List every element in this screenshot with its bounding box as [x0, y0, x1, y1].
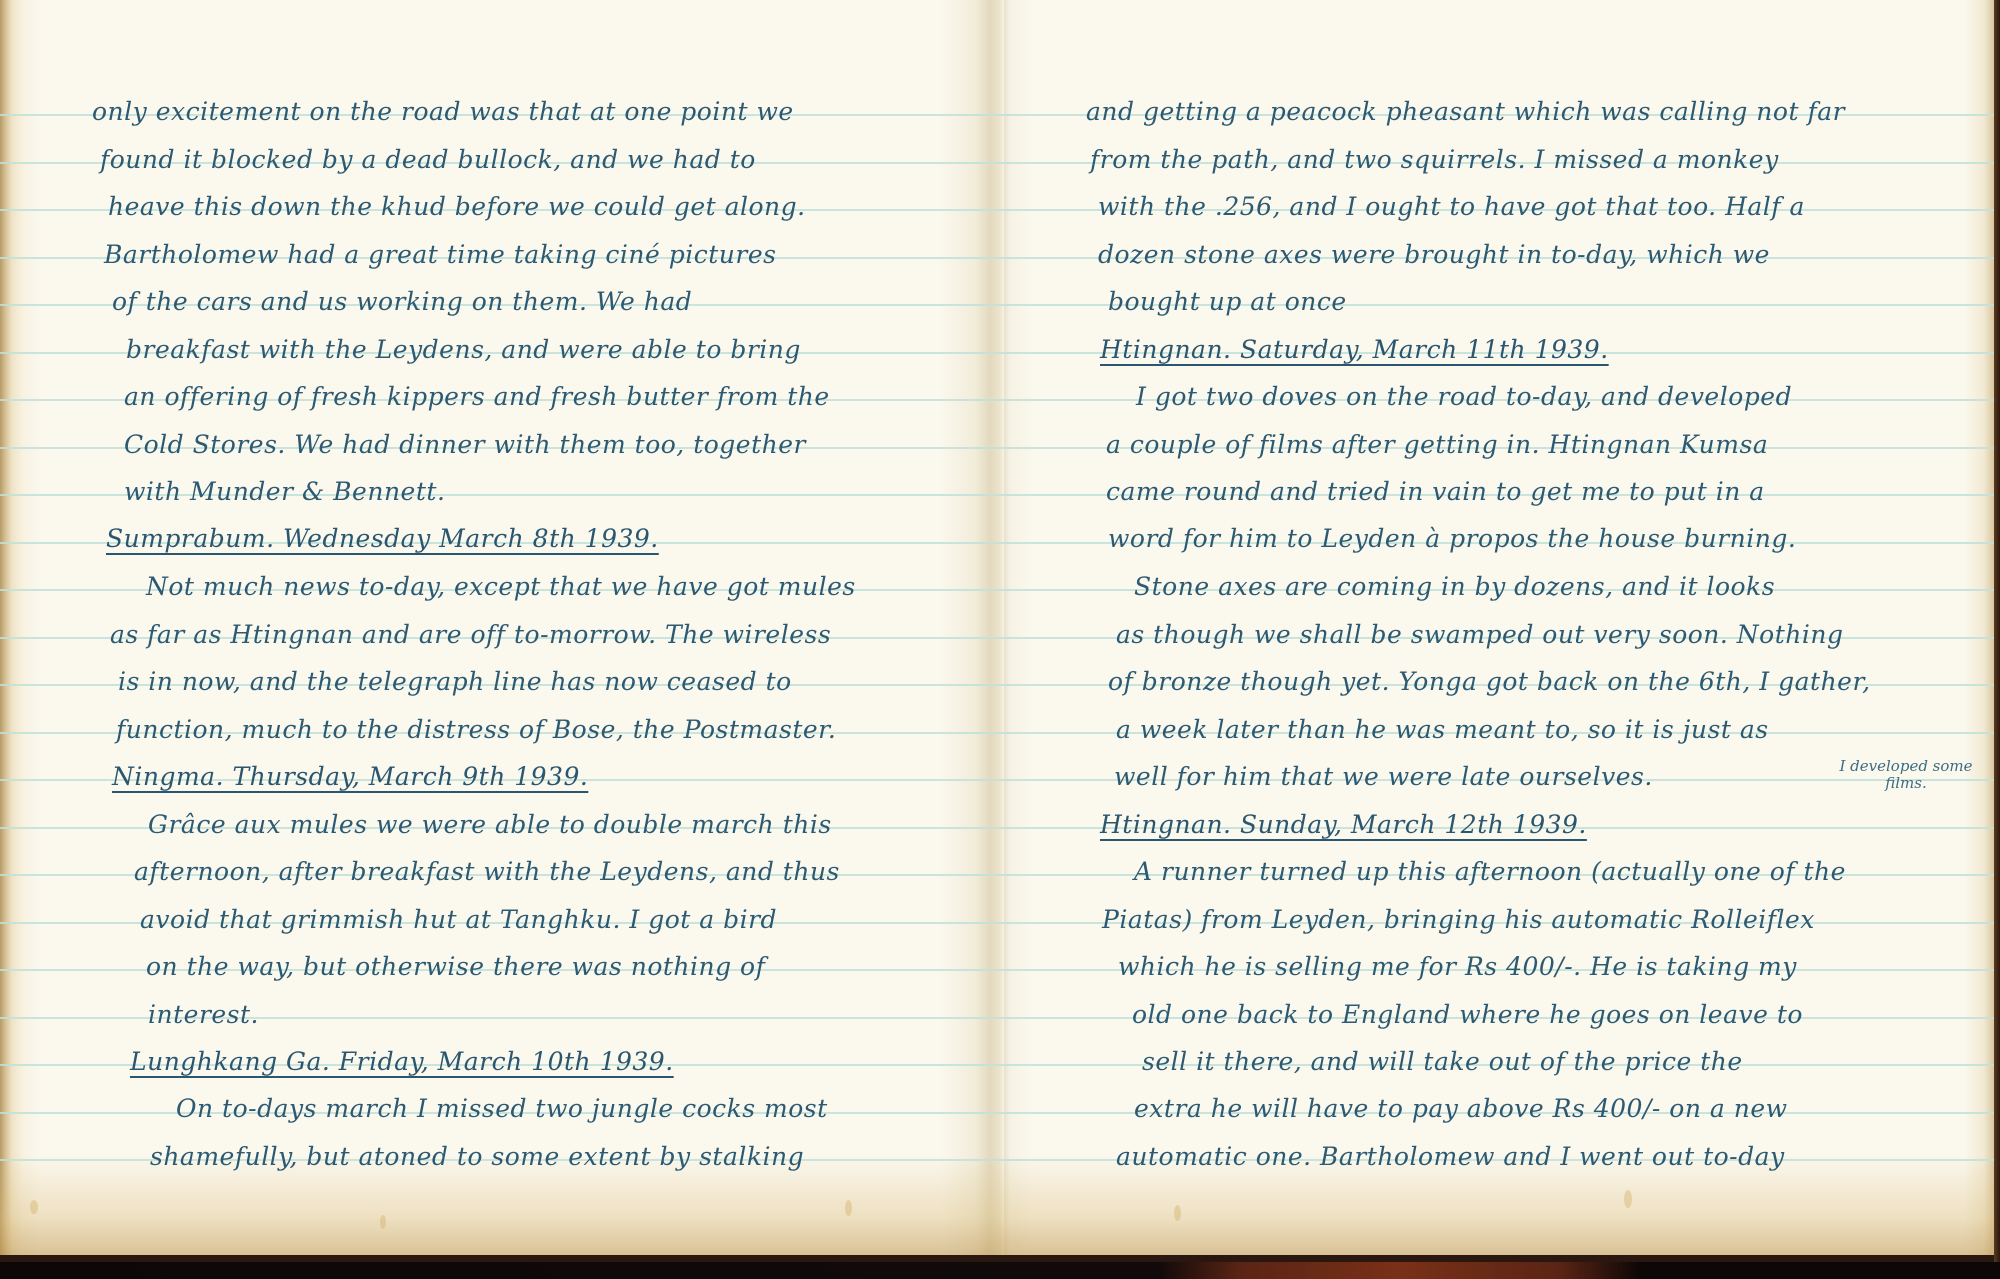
text-line: On to-days march I missed two jungle coc…	[176, 1094, 828, 1124]
entry-heading-march-8: Sumprabum. Wednesday March 8th 1939.	[106, 524, 659, 554]
book-cover-edge	[1994, 0, 2000, 1262]
text-line: and getting a peacock pheasant which was…	[1086, 97, 1845, 127]
text-line: Cold Stores. We had dinner with them too…	[124, 430, 806, 460]
text-line: is in now, and the telegraph line has no…	[118, 667, 792, 697]
text-line: interest.	[148, 1000, 259, 1030]
text-line: I got two doves on the road to-day, and …	[1136, 382, 1792, 412]
text-line: from the path, and two squirrels. I miss…	[1090, 145, 1779, 175]
text-line: A runner turned up this afternoon (actua…	[1134, 857, 1846, 887]
text-line: word for him to Leyden à propos the hous…	[1108, 524, 1796, 554]
text-line: shamefully, but atoned to some extent by…	[150, 1142, 804, 1172]
text-line: automatic one. Bartholomew and I went ou…	[1116, 1142, 1785, 1172]
text-line: with Munder & Bennett.	[124, 477, 445, 507]
entry-heading-march-12: Htingnan. Sunday, March 12th 1939.	[1100, 810, 1587, 840]
marginal-note: I developed some films.	[1816, 758, 1994, 792]
text-line: as though we shall be swamped out very s…	[1116, 620, 1843, 650]
text-line: Not much news to-day, except that we hav…	[146, 572, 856, 602]
text-line: as far as Htingnan and are off to-morrow…	[110, 620, 831, 650]
notebook: only excitement on the road was that at …	[0, 0, 2000, 1262]
text-line: Piatas) from Leyden, bringing his automa…	[1102, 905, 1815, 935]
left-page: only excitement on the road was that at …	[0, 0, 1004, 1255]
text-line: of the cars and us working on them. We h…	[112, 287, 692, 317]
text-line: bought up at once	[1108, 287, 1347, 317]
paper-stain	[1624, 1190, 1632, 1208]
text-line: extra he will have to pay above Rs 400/-…	[1134, 1094, 1788, 1124]
entry-heading-march-11: Htingnan. Saturday, March 11th 1939.	[1100, 335, 1609, 365]
text-line: dozen stone axes were brought in to-day,…	[1098, 240, 1770, 270]
text-line: old one back to England where he goes on…	[1132, 1000, 1803, 1030]
text-line: a week later than he was meant to, so it…	[1116, 715, 1769, 745]
text-line: an offering of fresh kippers and fresh b…	[124, 382, 830, 412]
text-line: with the .256, and I ought to have got t…	[1098, 192, 1805, 222]
text-line: on the way, but otherwise there was noth…	[146, 952, 765, 982]
text-line: found it blocked by a dead bullock, and …	[100, 145, 756, 175]
paper-stain	[380, 1215, 386, 1229]
text-line: which he is selling me for Rs 400/-. He …	[1118, 952, 1797, 982]
text-line: Bartholomew had a great time taking ciné…	[104, 240, 776, 270]
marginal-note-line-2: films.	[1816, 775, 1994, 792]
text-line: Stone axes are coming in by dozens, and …	[1134, 572, 1775, 602]
text-line: Grâce aux mules we were able to double m…	[148, 810, 832, 840]
paper-stain	[845, 1200, 852, 1216]
right-page: and getting a peacock pheasant which was…	[1004, 0, 1994, 1255]
text-line: well for him that we were late ourselves…	[1114, 762, 1653, 792]
paper-stain	[30, 1200, 38, 1214]
entry-heading-march-10: Lunghkang Ga. Friday, March 10th 1939.	[130, 1047, 674, 1077]
marginal-note-line-1: I developed some	[1816, 758, 1994, 775]
text-line: afternoon, after breakfast with the Leyd…	[134, 857, 840, 887]
text-line: of bronze though yet. Yonga got back on …	[1108, 667, 1871, 697]
text-line: only excitement on the road was that at …	[92, 97, 794, 127]
text-line: heave this down the khud before we could…	[108, 192, 806, 222]
paper-stain	[1174, 1205, 1181, 1221]
entry-heading-march-9: Ningma. Thursday, March 9th 1939.	[112, 762, 588, 792]
text-line: function, much to the distress of Bose, …	[116, 715, 836, 745]
text-line: came round and tried in vain to get me t…	[1106, 477, 1765, 507]
text-line: sell it there, and will take out of the …	[1142, 1047, 1743, 1077]
table-surface	[0, 1262, 2000, 1279]
text-line: a couple of films after getting in. Htin…	[1106, 430, 1768, 460]
text-line: breakfast with the Leydens, and were abl…	[126, 335, 801, 365]
text-line: avoid that grimmish hut at Tanghku. I go…	[140, 905, 777, 935]
